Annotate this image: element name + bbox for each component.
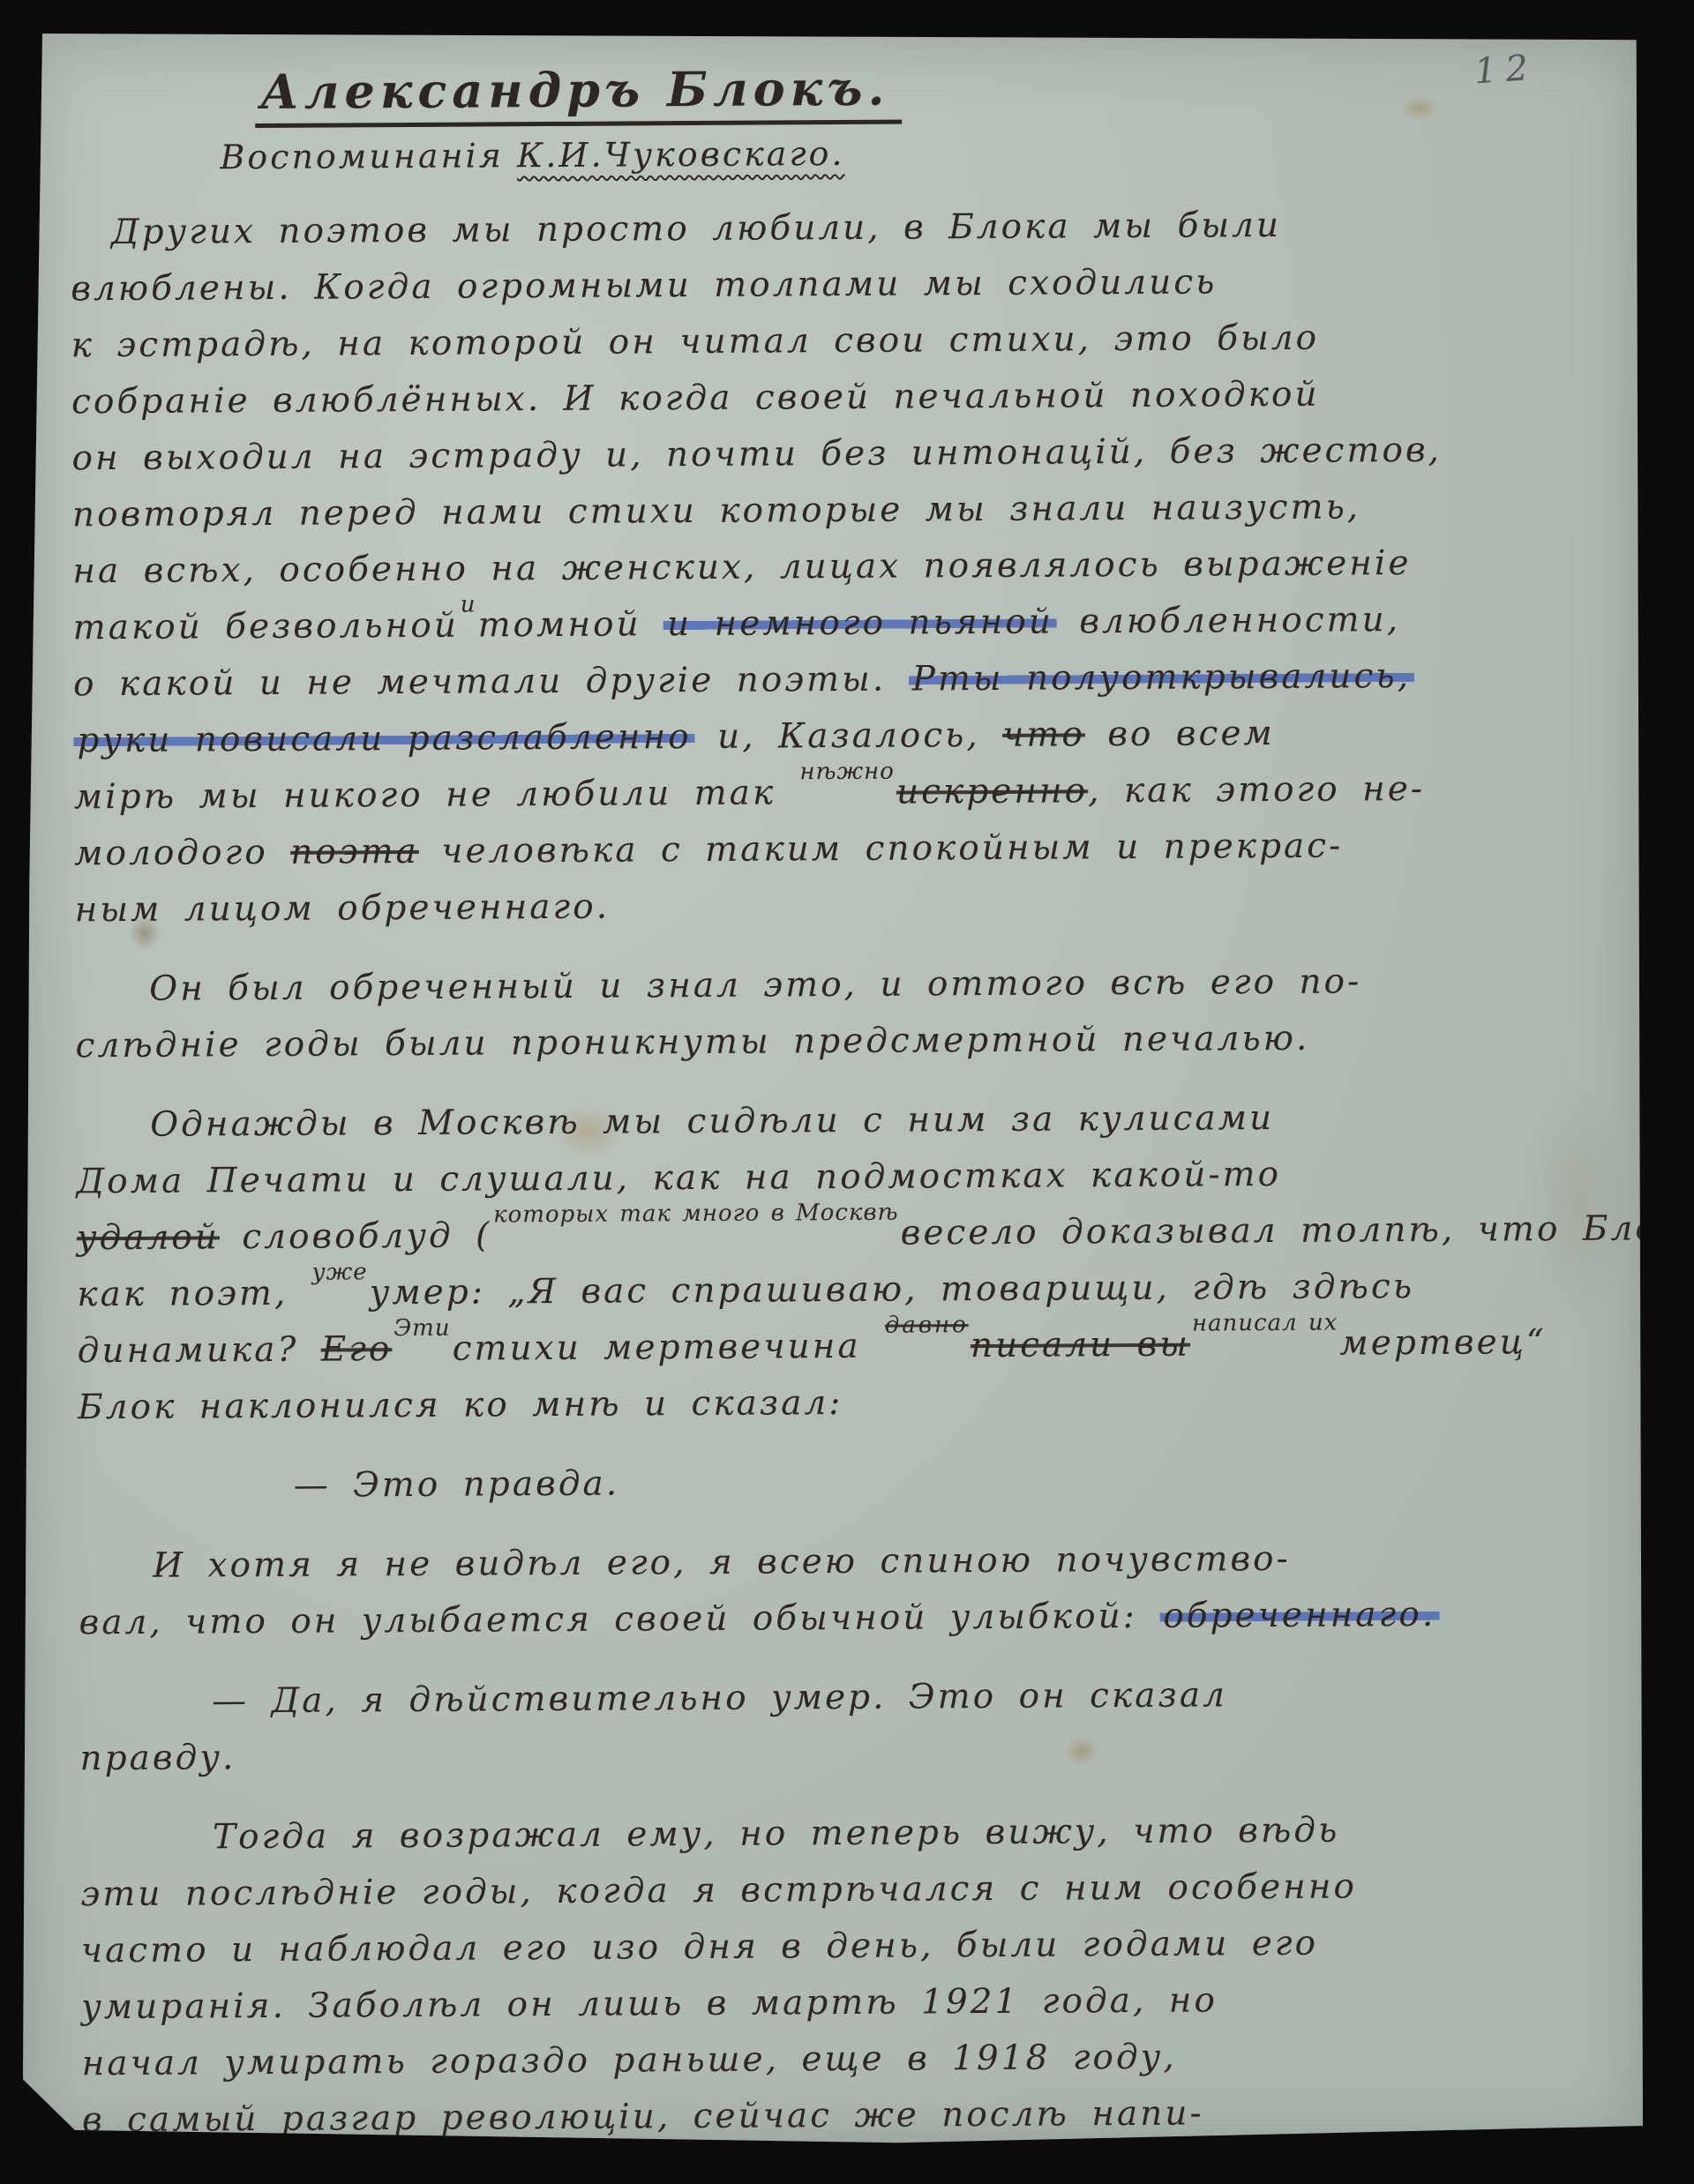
handwritten-text: томной: [477, 604, 663, 645]
inserted-text-above-line: написал их: [1192, 1310, 1338, 1337]
handwritten-text: влюблены. Когда огромными толпами мы схо…: [71, 262, 1217, 309]
blue-pencil-strikethrough-text: руки повисали разслабленно: [73, 717, 695, 760]
handwritten-text: повторял перед нами стихи которые мы зна…: [72, 487, 1361, 535]
manuscript-line: собраніе влюблённых. И когда своей печал…: [71, 373, 1607, 439]
inserted-text-above-line: и: [461, 592, 476, 618]
manuscript-line: молодого поэта человѣка с таким спокойны…: [74, 825, 1609, 891]
handwritten-text: как поэт,: [77, 1274, 311, 1315]
handwritten-text: на всѣх, особенно на женских, лицах появ…: [72, 543, 1411, 591]
handwritten-text: молодого: [74, 833, 290, 873]
manuscript-content: Александръ Блокъ. Воспоминанія К.И.Чуков…: [70, 56, 1617, 2158]
manuscript-line: умиранія. Заболѣл он лишь в мартѣ 1921 г…: [81, 1978, 1616, 2045]
manuscript-line: начал умирать гораздо раньше, еще в 1918…: [81, 2035, 1616, 2101]
manuscript-line: удалой словоблуд (которых так много в Мо…: [77, 1209, 1612, 1275]
subtitle-word: Воспоминанія: [220, 136, 517, 176]
manuscript-line: повторял перед нами стихи которые мы зна…: [72, 486, 1608, 552]
handwritten-text: слѣдніе годы были проникнуты предсмертно…: [75, 1019, 1309, 1066]
handwritten-text: и, Казалось,: [695, 715, 1003, 757]
handwritten-text: словоблуд (: [220, 1215, 492, 1257]
handwritten-text: в самый разгар революціи, сейчас же посл…: [82, 2094, 1204, 2141]
manuscript-line: Однажды в Москвѣ мы сидѣли с ним за кули…: [76, 1096, 1611, 1163]
manuscript-line: эти послѣдніе годы, когда я встрѣчался с…: [80, 1866, 1615, 1932]
handwritten-text: эти послѣдніе годы, когда я встрѣчался с…: [80, 1866, 1357, 1914]
manuscript-line: правду.: [79, 1730, 1615, 1796]
manuscript-line: — Да, я дѣйствительно умер. Это он сказа…: [79, 1673, 1615, 1739]
handwritten-text: вал, что он улыбается своей обычной улыб…: [79, 1597, 1159, 1642]
inserted-text-above-line: Эти: [394, 1315, 450, 1342]
handwritten-text: — Это правда.: [293, 1464, 619, 1506]
manuscript-line: на всѣх, особенно на женских, лицах появ…: [72, 542, 1608, 609]
manuscript-line: о какой и не мечтали другіе поэты. Рты п…: [73, 655, 1608, 722]
manuscript-line: как поэт, ужеумер: „Я вас спрашиваю, тов…: [77, 1266, 1612, 1332]
handwritten-text: влюбленности,: [1057, 600, 1400, 641]
handwritten-text: к эстрадѣ, на которой он читал свои стих…: [71, 318, 1320, 366]
handwritten-text: начал умирать гораздо раньше, еще в 1918…: [81, 2038, 1176, 2084]
handwritten-text: Блок наклонился ко мнѣ и сказал:: [78, 1383, 843, 1427]
handwritten-text: он выходил на эстраду и, почти без интон…: [71, 430, 1442, 478]
inserted-text-above-line: нѣжно: [799, 759, 895, 786]
manuscript-line: Он был обреченный и знал это, и оттого в…: [75, 961, 1610, 1027]
blue-pencil-strikethrough-text: обреченнаго.: [1159, 1595, 1439, 1636]
manuscript-line: ным лицом обреченнаго.: [74, 881, 1609, 947]
manuscript-line: влюблены. Когда огромными толпами мы схо…: [71, 260, 1606, 326]
manuscript-paper: 12 Александръ Блокъ. Воспоминанія К.И.Чу…: [23, 34, 1643, 2147]
inserted-text-above-line: которых так много в Москвѣ: [493, 1200, 899, 1229]
handwritten-text: динамика?: [78, 1330, 321, 1372]
ink-strikethrough-text: искренно: [896, 771, 1088, 812]
handwritten-text: весело доказывал толпѣ, что Блок,: [901, 1208, 1694, 1253]
handwritten-text: Он был обреченный и знал это, и оттого в…: [149, 961, 1361, 1008]
ink-strikethrough-text: поэта: [290, 832, 419, 872]
handwritten-text: умиранія. Заболѣл он лишь в мартѣ 1921 г…: [81, 1980, 1218, 2027]
handwritten-text: И хотя я не видѣл его, я всею спиною поч…: [153, 1539, 1291, 1586]
handwritten-text: такой безвольной: [73, 606, 459, 648]
manuscript-title: Александръ Блокъ.: [255, 60, 903, 128]
manuscript-line: слѣдніе годы были проникнуты предсмертно…: [75, 1017, 1610, 1083]
handwritten-text: правду.: [79, 1738, 236, 1778]
blue-pencil-strikethrough-text: и немного пьяной: [663, 602, 1057, 645]
manuscript-line: динамика? ЕгоЭтистихи мертвечина давнопи…: [78, 1322, 1613, 1388]
struck-inserted-text-above-line: давно: [885, 1312, 969, 1339]
handwritten-text: Однажды в Москвѣ мы сидѣли с ним за кули…: [150, 1098, 1274, 1145]
handwritten-text: стихи мертвечина: [453, 1327, 884, 1369]
handwritten-text: человѣка с таким спокойным и прекрас-: [419, 826, 1344, 871]
inserted-text-above-line: уже: [312, 1259, 368, 1285]
handwritten-text: , как этого не-: [1088, 769, 1425, 811]
ink-strikethrough-text: писали вы: [971, 1325, 1190, 1366]
handwritten-text: умер: „Я вас спрашиваю, товарищи, гдѣ зд…: [370, 1267, 1415, 1313]
manuscript-line: он выходил на эстраду и, почти без интон…: [71, 430, 1607, 496]
handwritten-text: — Да, я дѣйствительно умер. Это он сказа…: [212, 1675, 1227, 1721]
ink-strikethrough-text: удалой: [77, 1217, 220, 1258]
manuscript-line: в самый разгар революціи, сейчас же посл…: [82, 2091, 1617, 2158]
manuscript-line: Других поэтов мы просто любили, в Блока …: [71, 204, 1606, 270]
handwritten-text: ным лицом обреченнаго.: [74, 887, 610, 931]
handwritten-text: Тогда я возражал ему, но теперь вижу, чт…: [213, 1811, 1340, 1858]
manuscript-lines: Других поэтов мы просто любили, в Блока …: [71, 204, 1617, 2158]
blue-pencil-strikethrough-text: Рты полуоткрывались,: [909, 656, 1415, 699]
handwritten-text: Дома Печати и слушали, как на подмостках…: [76, 1155, 1281, 1201]
manuscript-line: к эстрадѣ, на которой он читал свои стих…: [71, 317, 1607, 383]
ink-strikethrough-text: что: [1002, 714, 1085, 755]
manuscript-subtitle: Воспоминанія К.И.Чуковскаго.: [220, 130, 1605, 206]
handwritten-text: мертвец“: [1339, 1322, 1547, 1363]
manuscript-line: часто и наблюдал его изо дня в день, был…: [81, 1922, 1616, 1988]
handwritten-text: о какой и не мечтали другіе поэты.: [73, 660, 909, 705]
manuscript-line: такой безвольнойитомной и немного пьяной…: [73, 599, 1608, 665]
handwritten-text: собраніе влюблённых. И когда своей печал…: [71, 375, 1320, 423]
scanned-manuscript: { "page": { "number": "12", "title": "Ал…: [0, 0, 1694, 2184]
ink-strikethrough-text: Его: [321, 1329, 393, 1369]
manuscript-line: вал, что он улыбается своей обычной улыб…: [79, 1594, 1614, 1660]
handwritten-text: во всем: [1085, 714, 1275, 754]
manuscript-line: — Это правда.: [78, 1458, 1613, 1524]
manuscript-line: Тогда я возражал ему, но теперь вижу, чт…: [80, 1809, 1615, 1875]
handwritten-text: Других поэтов мы просто любили, в Блока …: [111, 206, 1281, 252]
manuscript-line: Блок наклонился ко мнѣ и сказал:: [78, 1379, 1613, 1445]
manuscript-line: мірѣ мы никого не любили так нѣжноискрен…: [74, 768, 1609, 834]
subtitle-author-name: К.И.Чуковскаго.: [517, 134, 845, 175]
handwritten-text: мірѣ мы никого не любили так: [74, 773, 798, 817]
manuscript-line: И хотя я не видѣл его, я всею спиною поч…: [79, 1537, 1614, 1604]
handwritten-text: часто и наблюдал его изо дня в день, был…: [81, 1924, 1318, 1971]
